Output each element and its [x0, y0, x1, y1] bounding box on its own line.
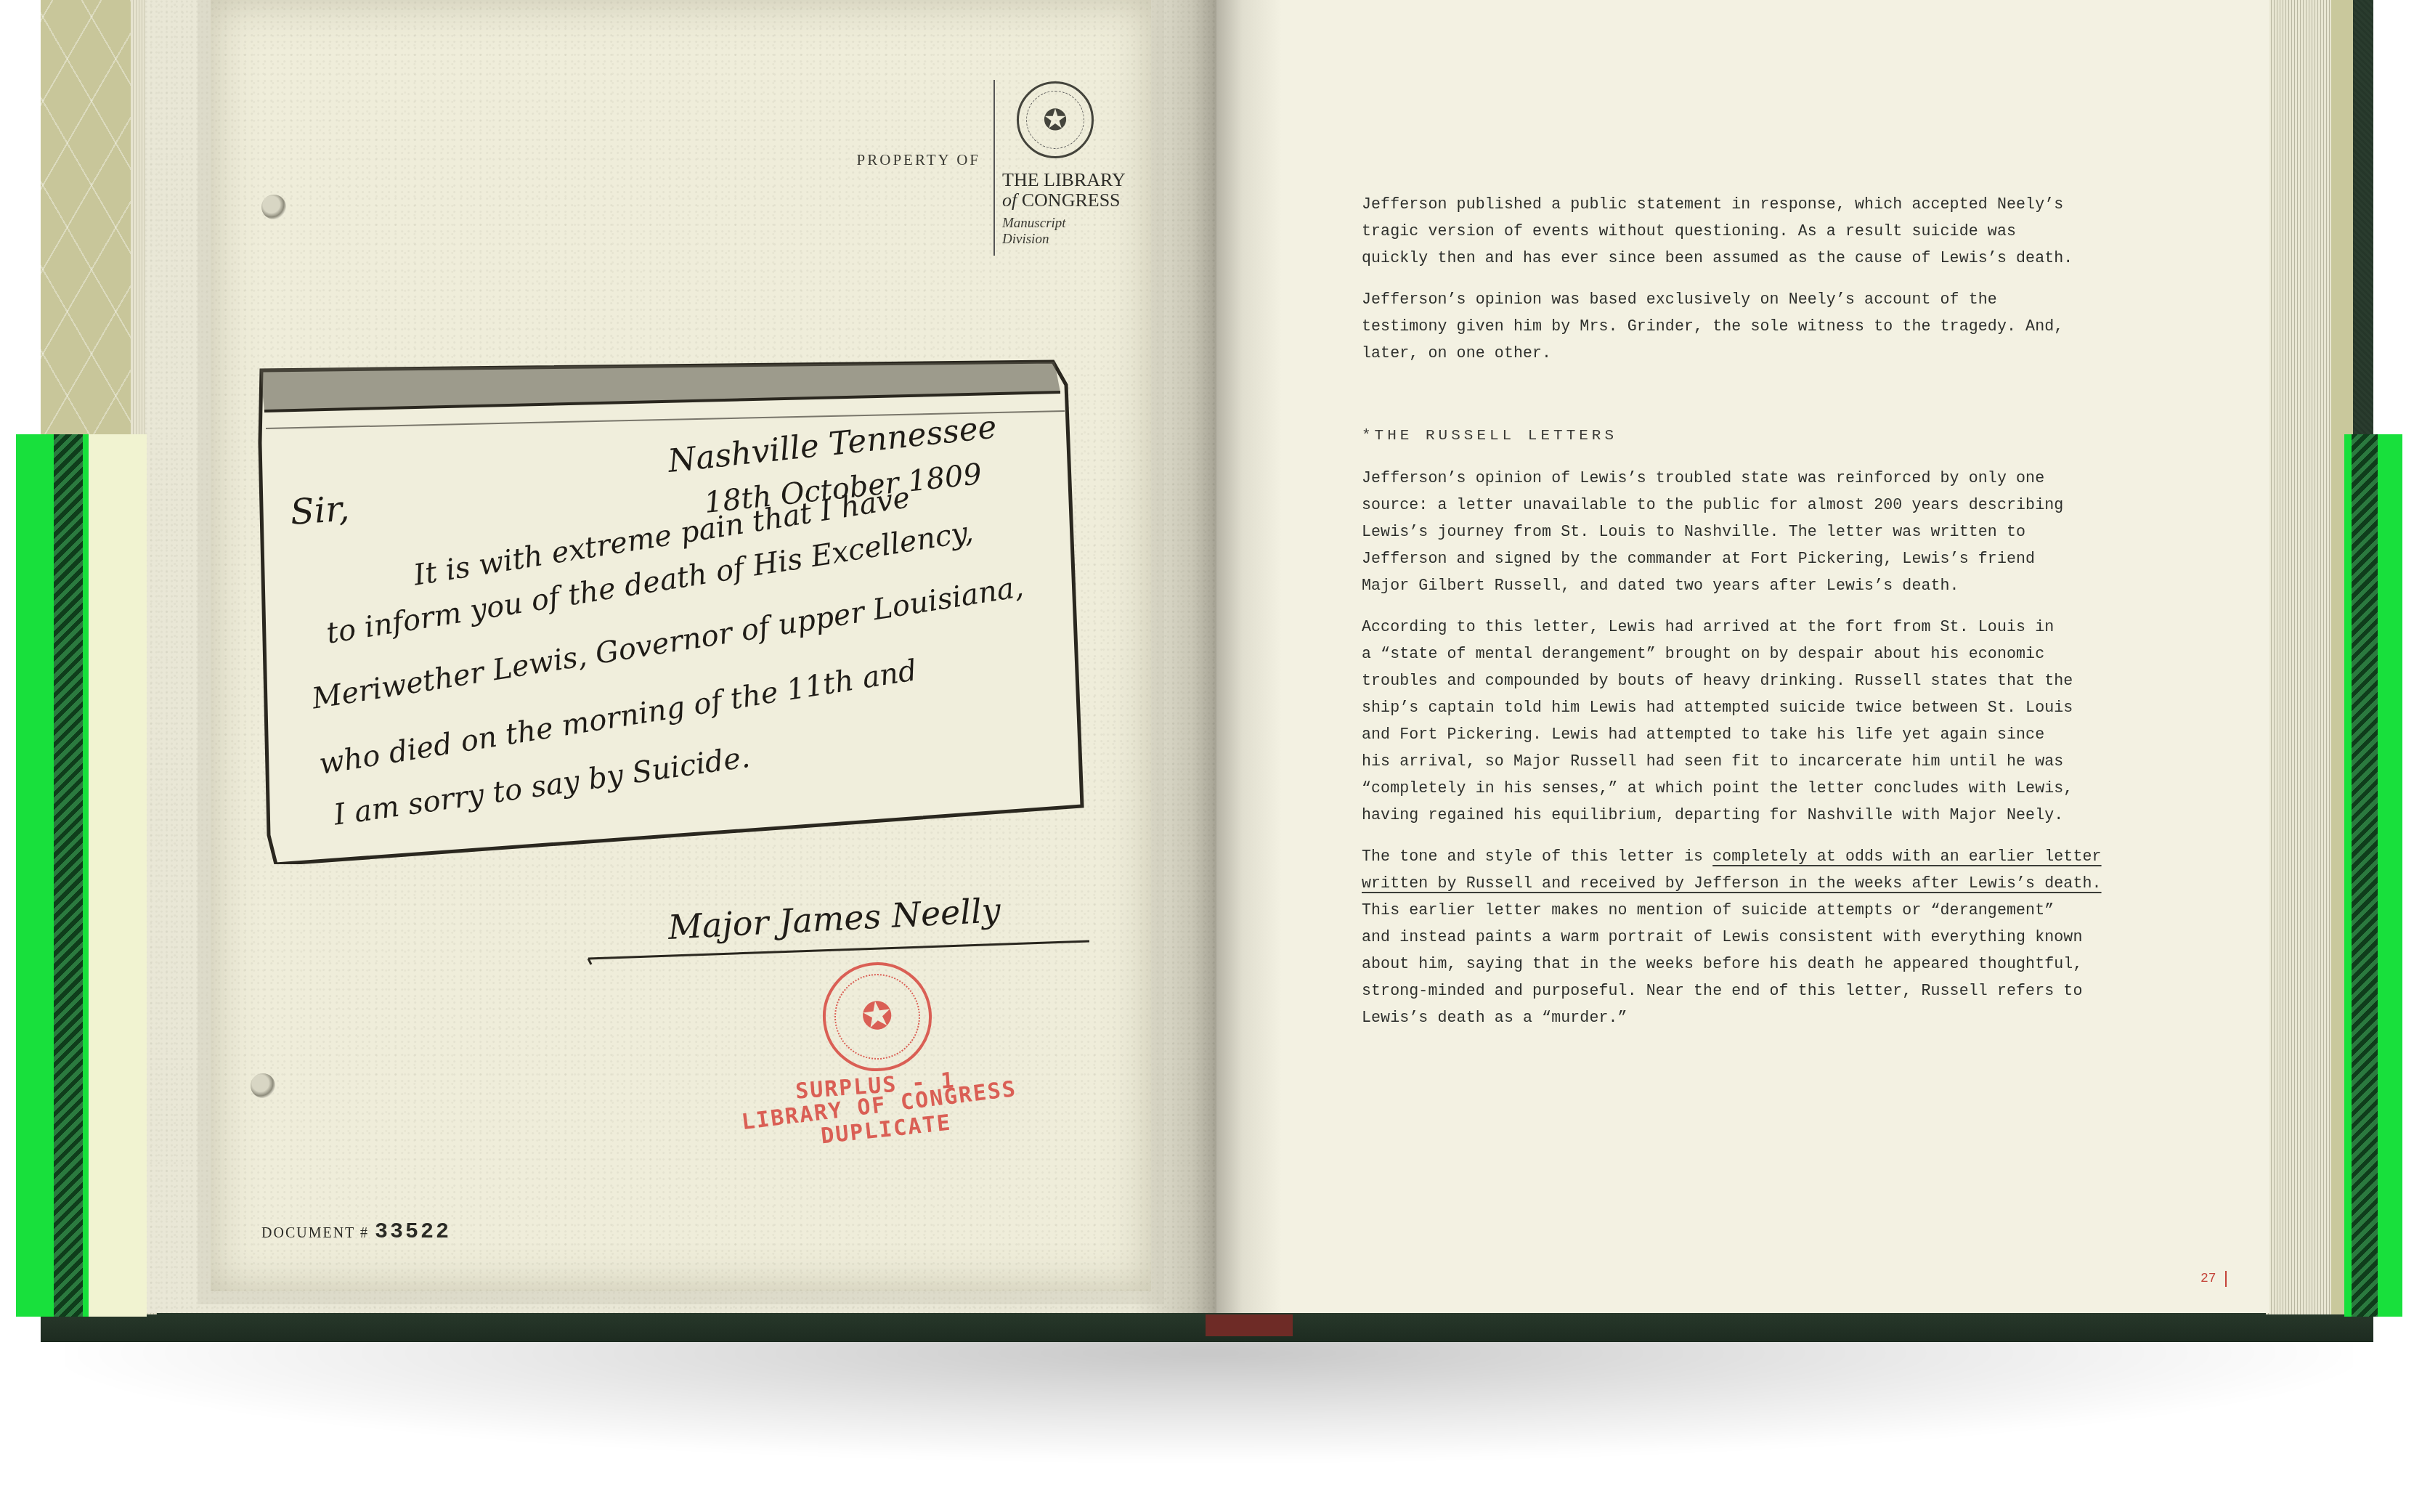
document-number-value: 33522 — [375, 1220, 451, 1245]
zigzag-stripe — [54, 434, 83, 1317]
page-number: 27 — [2200, 1271, 2227, 1287]
division-line-1: Manuscript — [1002, 216, 1162, 232]
punch-hole-icon — [261, 195, 286, 219]
paragraph: According to this letter, Lewis had arri… — [1362, 614, 2117, 829]
left-khaki-bookmark-tab — [41, 0, 142, 436]
right-gutter-shade — [1216, 0, 1282, 1313]
handwritten-letter: Nashville Tennessee 18th October 1809 Si… — [247, 356, 1097, 864]
of-word: of — [1002, 190, 1017, 211]
property-of-label: PROPERTY OF — [835, 151, 980, 169]
left-cream-insert — [89, 434, 147, 1317]
letter-salutation: Sir, — [289, 488, 351, 533]
congress-word: CONGRESS — [1022, 190, 1121, 211]
document-number-label: DOCUMENT # — [261, 1225, 369, 1241]
great-seal-icon: ✪ — [1017, 81, 1094, 158]
underlined-text: written by Russell and received by Jeffe… — [1362, 875, 2102, 893]
right-green-bookmark-tab — [2344, 434, 2402, 1317]
paragraph-with-underline: The tone and style of this letter is com… — [1362, 844, 2117, 1032]
institution-line-1: THE LIBRARY — [1002, 170, 1162, 190]
left-green-bookmark-tab — [16, 434, 89, 1317]
paragraph: Jefferson’s opinion of Lewis’s troubled … — [1362, 466, 2117, 600]
paragraph: Jefferson published a public statement i… — [1362, 192, 2117, 272]
punch-hole-icon — [251, 1073, 275, 1098]
document-number: DOCUMENT #33522 — [261, 1220, 451, 1245]
paragraph-text: This earlier letter makes no mention of … — [1362, 902, 2082, 1027]
spine-headband — [1206, 1314, 1293, 1336]
paragraph: Jefferson’s opinion was based exclusivel… — [1362, 287, 2117, 367]
divider — [993, 80, 995, 256]
institution-name: THE LIBRARY of CONGRESS — [1002, 170, 1162, 211]
division-name: Manuscript Division — [1002, 216, 1162, 248]
right-page-body: Jefferson published a public statement i… — [1362, 192, 2117, 1046]
paragraph-text: The tone and style of this letter is — [1362, 848, 1712, 866]
right-page-stack — [2266, 0, 2331, 1314]
underlined-text: completely at odds with an earlier lette… — [1712, 848, 2101, 866]
section-heading: *THE RUSSELL LETTERS — [1362, 423, 2117, 450]
institution-line-2: of CONGRESS — [1002, 190, 1162, 211]
zigzag-stripe — [2352, 434, 2378, 1317]
division-line-2: Division — [1002, 232, 1162, 248]
